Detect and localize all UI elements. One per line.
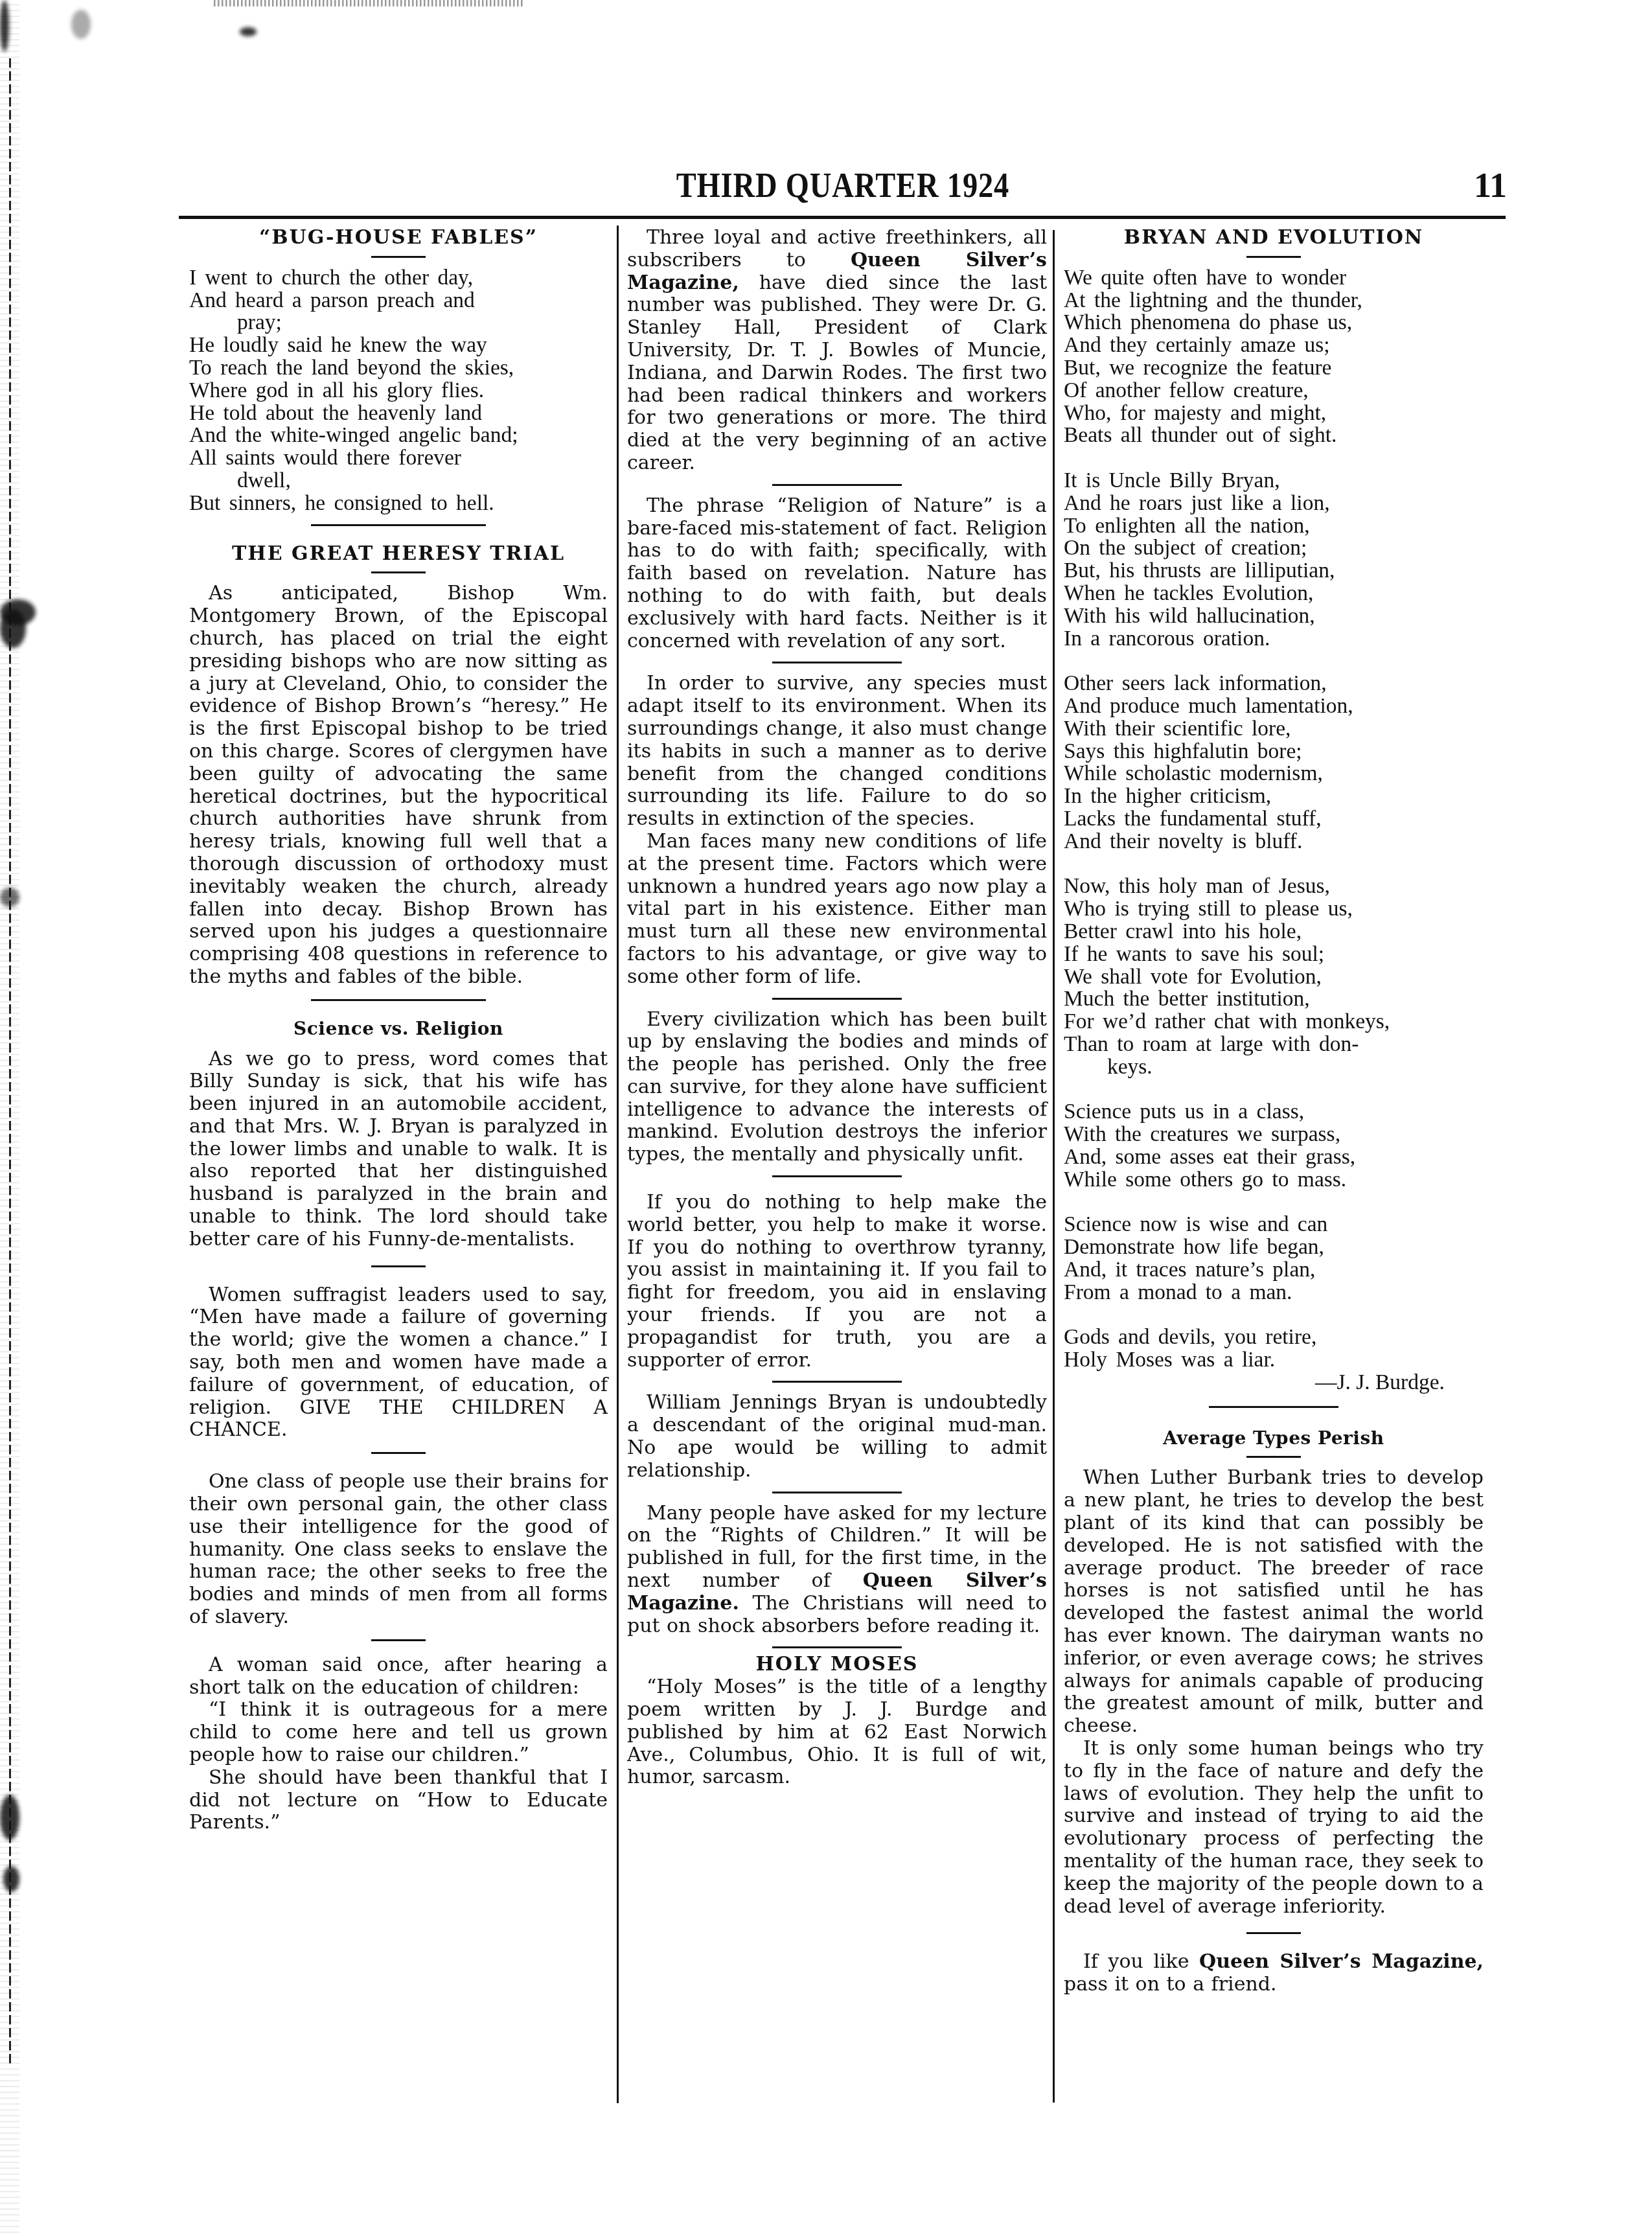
article-suffragist: Women suffragist leaders used to say, “M… [189, 1284, 608, 1442]
poem-line: But sinners, he consigned to hell. [189, 492, 608, 515]
poem-line: While some others go to mass. [1064, 1169, 1484, 1192]
scan-smudge [214, 0, 525, 6]
poem-line: And, it traces nature’s plan, [1064, 1259, 1484, 1282]
poem-line: All saints would there forever [189, 447, 608, 470]
article-title: Average Types Perish [1064, 1427, 1484, 1450]
scan-smudge [71, 10, 91, 39]
section-divider [1246, 1932, 1301, 1934]
article-body: If you do nothing to help make the world… [627, 1192, 1047, 1372]
poem-line: Who, for majesty and might, [1064, 402, 1484, 425]
article-body: One class of people use their brains for… [189, 1471, 608, 1629]
article-bughouse-fables: “BUG-HOUSE FABLES” I went to church the … [189, 227, 608, 515]
poem-line: But, his thrusts are lilliputian, [1064, 560, 1484, 582]
poem-line: And he roars just like a lion, [1064, 492, 1484, 515]
title-rule [1246, 1456, 1301, 1458]
article-rights-of-children: Many people have asked for my lecture on… [627, 1503, 1047, 1638]
poem-line: Now, this holy man of Jesus, [1064, 875, 1484, 898]
stanza-gap [1064, 650, 1484, 673]
poem-line: And they certainly amaze us; [1064, 334, 1484, 357]
poem-line: Gods and devils, you retire, [1064, 1326, 1484, 1349]
poem-line: Much the better institution, [1064, 988, 1484, 1011]
poem-line: Who is trying still to please us, [1064, 898, 1484, 921]
article-science-vs-religion: Science vs. Religion As we go to press, … [189, 1018, 608, 1251]
poem-line: Science puts us in a class, [1064, 1101, 1484, 1124]
article-body: Three loyal and active freethinkers, all… [627, 227, 1047, 475]
section-divider [772, 998, 902, 1000]
column-divider [1053, 230, 1055, 2103]
title-rule [371, 256, 426, 258]
stanza-gap [1064, 1191, 1484, 1214]
section-divider [772, 484, 902, 486]
article-body: She should have been thankful that I did… [189, 1767, 608, 1834]
article-body: The phrase “Religion of Nature” is a bar… [627, 495, 1047, 653]
section-divider [311, 524, 486, 526]
article-title: BRYAN AND EVOLUTION [1064, 227, 1484, 249]
poem-line: Better crawl into his hole, [1064, 921, 1484, 943]
stanza-gap [1064, 853, 1484, 876]
article-religion-of-nature: The phrase “Religion of Nature” is a bar… [627, 495, 1047, 653]
poem-line: At the lightning and the thunder, [1064, 290, 1484, 312]
poem-line: He told about the heavenly land [189, 402, 608, 425]
scan-smudge [0, 1795, 19, 1840]
article-body: Many people have asked for my lecture on… [627, 1503, 1047, 1638]
issue-title: THIRD QUARTER 1924 [272, 165, 1414, 205]
stanza-gap [1064, 447, 1484, 470]
poem-line: He loudly said he knew the way [189, 334, 608, 357]
stanza-gap [1064, 1304, 1484, 1326]
poem-line: And the white-winged angelic band; [189, 424, 608, 447]
scan-smudge [3, 1866, 19, 1892]
title-rule [371, 571, 426, 573]
poem-line: To reach the land beyond the skies, [189, 357, 608, 380]
article-body: In order to survive, any species must ad… [627, 673, 1047, 831]
poem-line: And their novelty is bluff. [1064, 831, 1484, 853]
article-body: Man faces many new conditions of life at… [627, 831, 1047, 989]
poem-line: For we’d rather chat with monkeys, [1064, 1011, 1484, 1033]
poem-line: Lacks the fundamental stuff, [1064, 808, 1484, 831]
poem-line: In a rancorous oration. [1064, 628, 1484, 651]
poem-line: From a monad to a man. [1064, 1282, 1484, 1304]
column-3: BRYAN AND EVOLUTION We quite often have … [1064, 227, 1484, 1996]
article-william-jennings-bryan: William Jennings Bryan is undoubtedly a … [627, 1392, 1047, 1482]
poem-author: —J. J. Burdge. [1064, 1372, 1484, 1394]
poem-line: Where god in all his glory flies. [189, 380, 608, 402]
column-2: Three loyal and active freethinkers, all… [627, 227, 1047, 1789]
column-divider [617, 225, 619, 2103]
article-pass-it-on: If you like Queen Silver’s Magazine, pas… [1064, 1951, 1484, 1996]
page-header: THIRD QUARTER 1924 11 [179, 165, 1507, 217]
poem-line: With their scientific lore, [1064, 718, 1484, 741]
poem-line: We quite often have to wonder [1064, 267, 1484, 290]
article-body: As we go to press, word comes that Billy… [189, 1048, 608, 1251]
poem-line: It is Uncle Billy Bryan, [1064, 470, 1484, 492]
article-average-types-perish: Average Types Perish When Luther Burbank… [1064, 1427, 1484, 1919]
article-body: William Jennings Bryan is undoubtedly a … [627, 1392, 1047, 1482]
poem-line: And heard a parson preach and [189, 290, 608, 312]
article-body: It is only some human beings who try to … [1064, 1738, 1484, 1918]
article-body: When Luther Burbank tries to develop a n… [1064, 1467, 1484, 1738]
section-divider [772, 1492, 902, 1493]
article-body: Women suffragist leaders used to say, “M… [189, 1284, 608, 1442]
article-title: “BUG-HOUSE FABLES” [189, 227, 608, 249]
poem-line: Than to roam at large with don- [1064, 1033, 1484, 1056]
section-divider [311, 999, 486, 1001]
article-body: Every civilization which has been built … [627, 1009, 1047, 1167]
article-body: If you like Queen Silver’s Magazine, pas… [1064, 1951, 1484, 1996]
poem-line: Demonstrate how life began, [1064, 1236, 1484, 1259]
poem-line: But, we recognize the feature [1064, 357, 1484, 380]
poem-line: In the higher criticism, [1064, 785, 1484, 808]
poem-line: With his wild hallucination, [1064, 605, 1484, 628]
page-number: 11 [1474, 165, 1507, 205]
poem: We quite often have to wonderAt the ligh… [1064, 267, 1484, 1372]
scan-smudge [0, 888, 19, 907]
scan-binding-line [9, 58, 11, 2067]
section-divider [772, 1175, 902, 1177]
section-divider [1209, 1406, 1338, 1408]
scan-smudge [0, 609, 26, 648]
poem-line: Says this highfalutin bore; [1064, 741, 1484, 763]
poem-line: pray; [189, 312, 608, 334]
stanza-gap [1064, 1078, 1484, 1101]
article-title: HOLY MOSES [627, 1654, 1047, 1676]
section-divider [371, 1452, 426, 1454]
article-civilization: Every civilization which has been built … [627, 1009, 1047, 1167]
poem-line: And produce much lamentation, [1064, 695, 1484, 718]
poem-line: dwell, [189, 470, 608, 492]
poem-line: I went to church the other day, [189, 267, 608, 290]
article-body: “I think it is outrageous for a mere chi… [189, 1699, 608, 1766]
magazine-name: Queen Silver’s Magazine, [1199, 1950, 1484, 1973]
poem-line: If he wants to save his soul; [1064, 943, 1484, 966]
poem-line: keys. [1064, 1056, 1484, 1079]
section-divider [772, 1381, 902, 1383]
poem-line: Science now is wise and can [1064, 1214, 1484, 1236]
poem: I went to church the other day,And heard… [189, 267, 608, 515]
poem-line: On the subject of creation; [1064, 537, 1484, 560]
scan-smudge [0, 0, 9, 52]
header-rule [179, 216, 1506, 219]
article-one-class: One class of people use their brains for… [189, 1471, 608, 1629]
section-divider [772, 662, 902, 663]
poem-line: Holy Moses was a liar. [1064, 1349, 1484, 1372]
section-divider [772, 1646, 902, 1648]
poem-line: Which phenomena do phase us, [1064, 312, 1484, 334]
article-freethinkers: Three loyal and active freethinkers, all… [627, 227, 1047, 475]
article-holy-moses: HOLY MOSES “Holy Moses” is the title of … [627, 1654, 1047, 1789]
article-body: As anticipated, Bishop Wm. Montgomery Br… [189, 582, 608, 988]
poem-line: And, some asses eat their grass, [1064, 1146, 1484, 1169]
article-survive: In order to survive, any species must ad… [627, 673, 1047, 988]
poem-line: Of another fellow creature, [1064, 380, 1484, 402]
poem-line: When he tackles Evolution, [1064, 582, 1484, 605]
article-woman-said: A woman said once, after hearing a short… [189, 1654, 608, 1834]
column-1: “BUG-HOUSE FABLES” I went to church the … [189, 227, 608, 1834]
poem-line: While scholastic modernism, [1064, 763, 1484, 785]
poem-line: To enlighten all the nation, [1064, 515, 1484, 538]
article-do-nothing: If you do nothing to help make the world… [627, 1192, 1047, 1372]
section-divider [371, 1265, 426, 1267]
article-title: THE GREAT HERESY TRIAL [189, 543, 608, 566]
article-body: A woman said once, after hearing a short… [189, 1654, 608, 1700]
article-body: “Holy Moses” is the title of a lengthy p… [627, 1676, 1047, 1789]
poem-line: Beats all thunder out of sight. [1064, 424, 1484, 447]
article-bryan-and-evolution: BRYAN AND EVOLUTION We quite often have … [1064, 227, 1484, 1394]
article-title: Science vs. Religion [189, 1018, 608, 1041]
section-divider [371, 1639, 426, 1641]
poem-line: We shall vote for Evolution, [1064, 966, 1484, 989]
poem-line: With the creatures we surpass, [1064, 1124, 1484, 1146]
scan-smudge [240, 27, 257, 36]
poem-line: Other seers lack information, [1064, 673, 1484, 695]
title-rule [1246, 256, 1301, 258]
article-great-heresy-trial: THE GREAT HERESY TRIAL As anticipated, B… [189, 543, 608, 989]
